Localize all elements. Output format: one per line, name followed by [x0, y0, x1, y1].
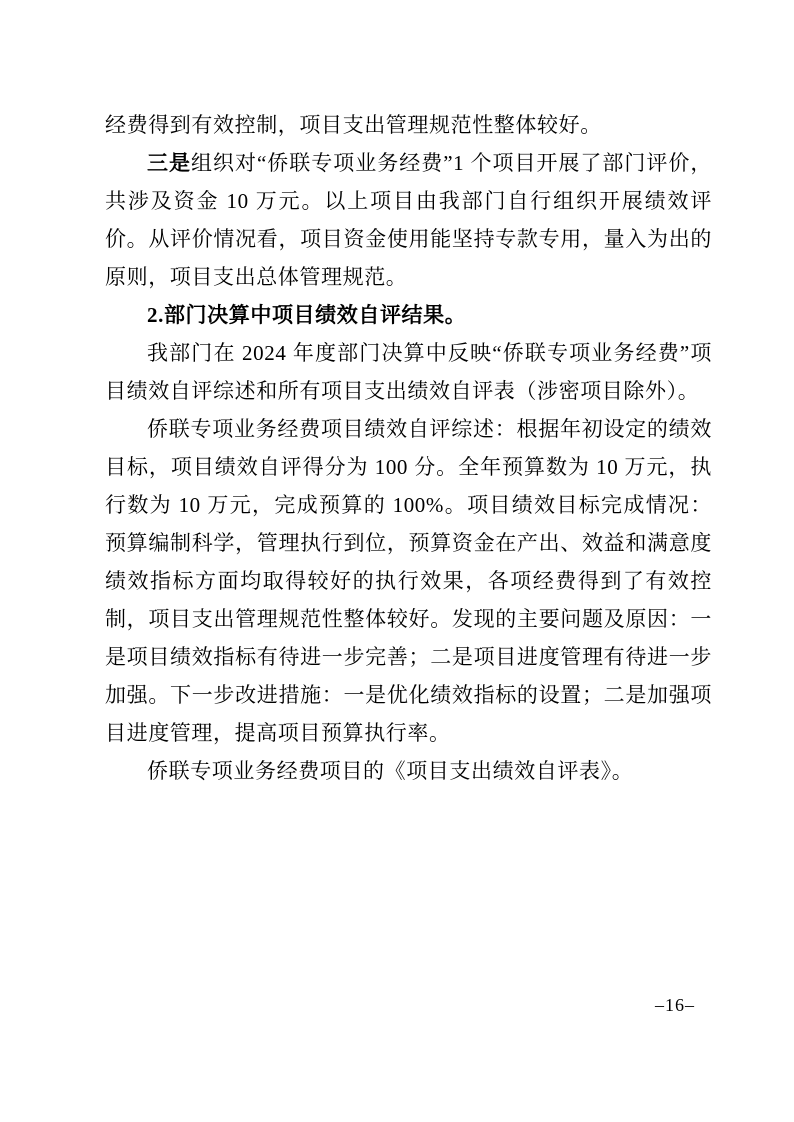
paragraph-closing: 侨联专项业务经费项目的《项目支出绩效自评表》。 [105, 752, 712, 790]
paragraph-continuation: 经费得到有效控制，项目支出管理规范性整体较好。 [105, 106, 712, 144]
paragraph-text: 侨联专项业务经费项目的《项目支出绩效自评表》。 [147, 759, 633, 783]
paragraph-text: 侨联专项业务经费项目绩效自评综述：根据年初设定的绩效目标，项目绩效自评得分为 1… [105, 417, 712, 745]
paragraph-text: 我部门在 2024 年度部门决算中反映“侨联专项业务经费”项目绩效自评综述和所有… [105, 341, 712, 403]
paragraph-self-evaluation: 侨联专项业务经费项目绩效自评综述：根据年初设定的绩效目标，项目绩效自评得分为 1… [105, 410, 712, 752]
document-page: 经费得到有效控制，项目支出管理规范性整体较好。 三是组织对“侨联专项业务经费”1… [0, 0, 794, 1122]
paragraph-decision-summary: 我部门在 2024 年度部门决算中反映“侨联专项业务经费”项目绩效自评综述和所有… [105, 334, 712, 410]
page-number: –16– [655, 996, 695, 1014]
section-heading: 2.部门决算中项目绩效自评结果。 [105, 296, 712, 334]
section-heading-text: 2.部门决算中项目绩效自评结果。 [147, 303, 466, 327]
paragraph-lead-bold: 三是 [147, 151, 191, 175]
document-body: 经费得到有效控制，项目支出管理规范性整体较好。 三是组织对“侨联专项业务经费”1… [105, 106, 712, 790]
paragraph-third-point: 三是组织对“侨联专项业务经费”1 个项目开展了部门评价，共涉及资金 10 万元。… [105, 144, 712, 296]
paragraph-text: 经费得到有效控制，项目支出管理规范性整体较好。 [105, 113, 602, 137]
paragraph-text: 组织对“侨联专项业务经费”1 个项目开展了部门评价，共涉及资金 10 万元。以上… [105, 151, 712, 289]
